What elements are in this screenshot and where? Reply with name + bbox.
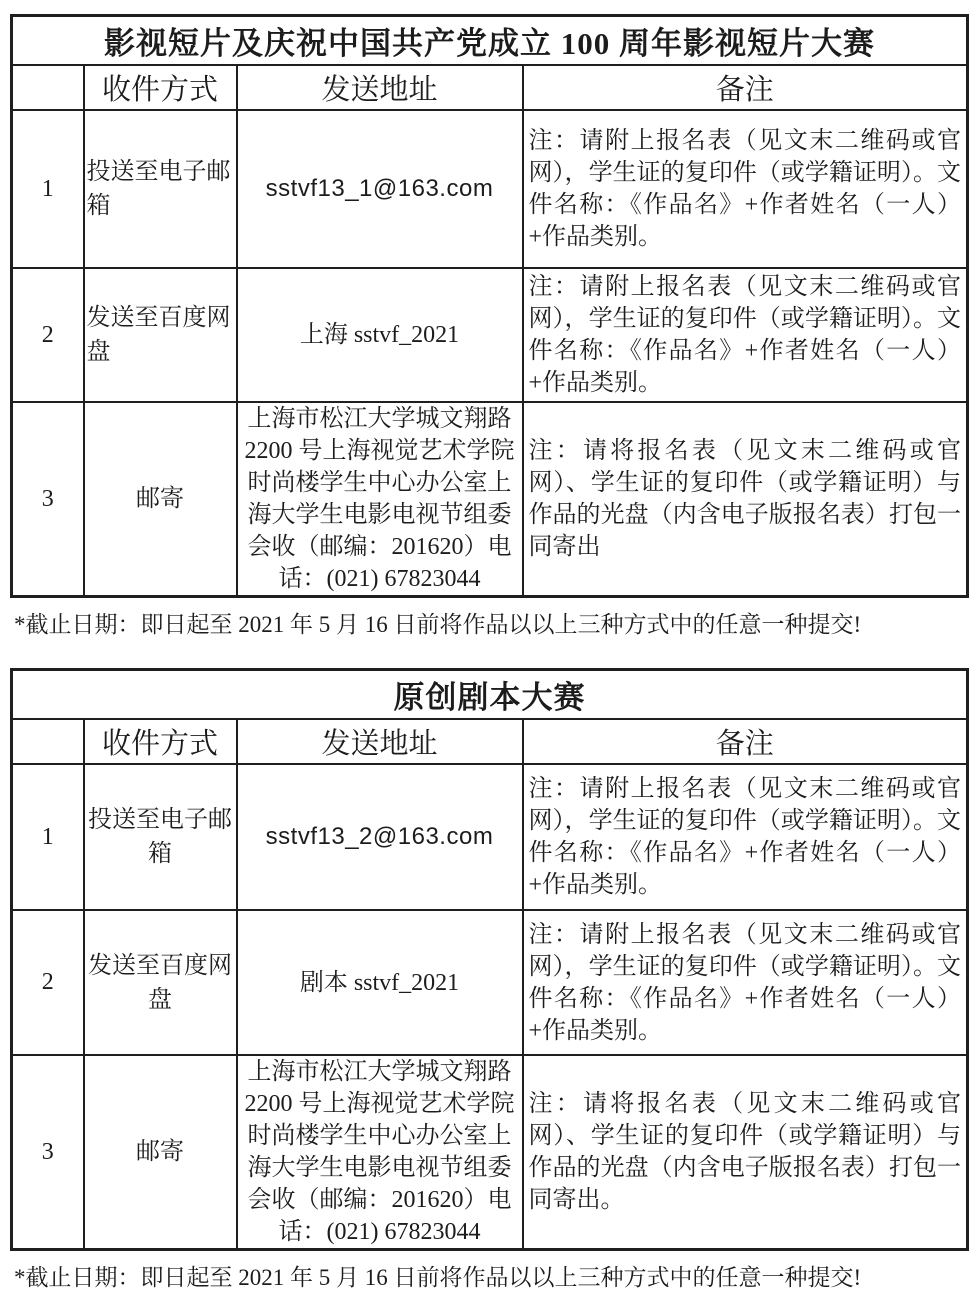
address-cell: 上海 sstvf_2021: [237, 268, 523, 402]
method-cell: 发送至百度网盘: [84, 910, 237, 1055]
method-cell: 邮寄: [84, 1055, 237, 1250]
table-row: 3 邮寄 上海市松江大学城文翔路 2200 号上海视觉艺术学院时尚楼学生中心办公…: [12, 1055, 968, 1250]
row-number: 2: [12, 268, 84, 402]
table-title: 原创剧本大赛: [12, 670, 968, 720]
table-row: 1 投送至电子邮箱 sstvf13_1@163.com 注：请附上报名表（见文末…: [12, 110, 968, 268]
method-cell: 邮寄: [84, 402, 237, 597]
table-row: 1 投送至电子邮箱 sstvf13_2@163.com 注：请附上报名表（见文末…: [12, 764, 968, 910]
address-cell: sstvf13_2@163.com: [237, 764, 523, 910]
table-row: 3 邮寄 上海市松江大学城文翔路 2200 号上海视觉艺术学院时尚楼学生中心办公…: [12, 402, 968, 597]
remark-cell: 注：请将报名表（见文末二维码或官网）、学生证的复印件（或学籍证明）与作品的光盘（…: [523, 402, 968, 597]
table-row: 2 发送至百度网盘 上海 sstvf_2021 注：请附上报名表（见文末二维码或…: [12, 268, 968, 402]
email-address: sstvf13_1@163.com: [266, 175, 494, 202]
table-title-row: 影视短片及庆祝中国共产党成立 100 周年影视短片大赛: [12, 16, 968, 66]
deadline-footnote: *截止日期：即日起至 2021 年 5 月 16 日前将作品以以上三种方式中的任…: [14, 609, 964, 641]
row-number: 2: [12, 910, 84, 1055]
method-cell: 投送至电子邮箱: [84, 110, 237, 268]
table-title-row: 原创剧本大赛: [12, 670, 968, 720]
address-cell: 上海市松江大学城文翔路 2200 号上海视觉艺术学院时尚楼学生中心办公室上海大学…: [237, 402, 523, 597]
column-header-address: 发送地址: [237, 719, 523, 764]
table-header-row: 收件方式 发送地址 备注: [12, 719, 968, 764]
remark-cell: 注：请附上报名表（见文末二维码或官网），学生证的复印件（或学籍证明）。文件名称：…: [523, 268, 968, 402]
script-competition-table: 原创剧本大赛 收件方式 发送地址 备注 1 投送至电子邮箱 sstvf13_2@…: [10, 668, 969, 1251]
column-header-number: [12, 65, 84, 110]
column-header-remark: 备注: [523, 65, 968, 110]
column-header-number: [12, 719, 84, 764]
row-number: 3: [12, 402, 84, 597]
table-title: 影视短片及庆祝中国共产党成立 100 周年影视短片大赛: [12, 16, 968, 66]
method-cell: 投送至电子邮箱: [84, 764, 237, 910]
table-header-row: 收件方式 发送地址 备注: [12, 65, 968, 110]
email-address: sstvf13_2@163.com: [266, 823, 494, 850]
row-number: 3: [12, 1055, 84, 1250]
document-page: 影视短片及庆祝中国共产党成立 100 周年影视短片大赛 收件方式 发送地址 备注…: [0, 0, 976, 1294]
address-cell: 上海市松江大学城文翔路 2200 号上海视觉艺术学院时尚楼学生中心办公室上海大学…: [237, 1055, 523, 1250]
address-cell: 剧本 sstvf_2021: [237, 910, 523, 1055]
method-cell: 发送至百度网盘: [84, 268, 237, 402]
remark-cell: 注：请附上报名表（见文末二维码或官网），学生证的复印件（或学籍证明）。文件名称：…: [523, 910, 968, 1055]
deadline-footnote: *截止日期：即日起至 2021 年 5 月 16 日前将作品以以上三种方式中的任…: [14, 1262, 964, 1294]
remark-cell: 注：请将报名表（见文末二维码或官网）、学生证的复印件（或学籍证明）与作品的光盘（…: [523, 1055, 968, 1250]
column-header-address: 发送地址: [237, 65, 523, 110]
row-number: 1: [12, 110, 84, 268]
remark-cell: 注：请附上报名表（见文末二维码或官网），学生证的复印件（或学籍证明）。文件名称：…: [523, 110, 968, 268]
remark-cell: 注：请附上报名表（见文末二维码或官网），学生证的复印件（或学籍证明）。文件名称：…: [523, 764, 968, 910]
row-number: 1: [12, 764, 84, 910]
column-header-method: 收件方式: [84, 719, 237, 764]
column-header-method: 收件方式: [84, 65, 237, 110]
film-competition-table: 影视短片及庆祝中国共产党成立 100 周年影视短片大赛 收件方式 发送地址 备注…: [10, 14, 969, 598]
table-row: 2 发送至百度网盘 剧本 sstvf_2021 注：请附上报名表（见文末二维码或…: [12, 910, 968, 1055]
column-header-remark: 备注: [523, 719, 968, 764]
address-cell: sstvf13_1@163.com: [237, 110, 523, 268]
